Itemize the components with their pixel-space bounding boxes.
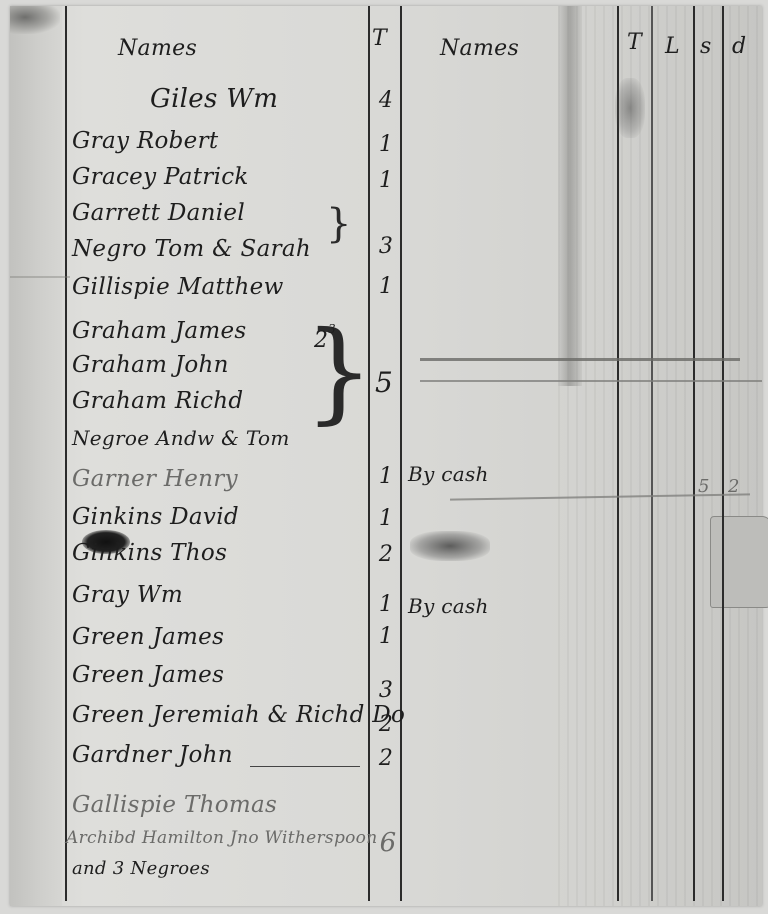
names-column-header: Names	[118, 36, 197, 61]
list-entry-count: 3	[374, 678, 398, 703]
payment-note: By cash	[408, 594, 489, 618]
list-entry-name: Garrett Daniel	[72, 200, 245, 226]
page-margin	[10, 6, 62, 906]
rule-line-t-col	[617, 6, 619, 901]
rule-line-l-col	[651, 6, 653, 901]
right-names-column-header: Names	[440, 36, 519, 61]
list-entry-count: 1	[374, 464, 398, 489]
rule-line-d-col	[722, 6, 724, 901]
amount-mark: 5	[698, 476, 710, 497]
list-entry-count: 1	[374, 506, 398, 531]
rule-line-s-col	[693, 6, 695, 901]
payment-note: By cash	[408, 462, 489, 486]
list-entry-count: 2	[374, 542, 398, 567]
list-entry-count: 2	[374, 712, 398, 737]
right-t-column-header: T	[627, 30, 642, 55]
fold-shadow	[558, 6, 582, 386]
list-entry-name: Gray Robert	[72, 128, 218, 154]
corner-stain	[10, 6, 60, 34]
pounds-column-header: L	[665, 34, 680, 59]
list-entry-name: Green James	[72, 662, 224, 688]
list-entry-count: 3	[374, 234, 398, 259]
list-entry-count: 4	[374, 88, 398, 113]
list-entry-name: Green Jeremiah & Richd Do	[72, 702, 405, 728]
list-entry-name: Giles Wm	[150, 84, 278, 114]
rule-line-count-right	[400, 6, 402, 901]
rule-line-left	[65, 6, 67, 901]
list-entry-name: and 3 Negroes	[72, 858, 210, 879]
tithes-column-header: T	[372, 26, 387, 51]
fold-crease	[420, 358, 740, 361]
document-page: Names T Names T L s d Giles Wm 4 Gray Ro…	[10, 6, 762, 906]
list-entry-name: Gray Wm	[72, 582, 183, 608]
list-entry-name: Ginkins Thos	[72, 540, 227, 566]
list-entry-name: Gallispie Thomas	[72, 792, 277, 818]
brace-annotation: }	[326, 201, 351, 247]
list-entry-count: 1	[374, 132, 398, 157]
list-entry-name: Graham Richd	[72, 388, 243, 414]
ruled-columns-area	[558, 6, 762, 906]
brace-annotation-superscript: 3	[328, 322, 336, 336]
list-entry-name: Gracey Patrick	[72, 164, 249, 190]
list-entry-name: Gardner John	[72, 742, 233, 768]
list-entry-name: Negro Tom & Sarah	[72, 236, 311, 262]
amount-mark: 2	[728, 476, 740, 497]
list-entry-name: Archibd Hamilton Jno Witherspoon	[66, 828, 377, 848]
brace-annotation: 2	[314, 328, 328, 353]
list-entry-name: Green James	[72, 624, 224, 650]
list-entry-name: Graham James	[72, 318, 246, 344]
paper-crack	[420, 380, 762, 382]
rule-line-count-left	[368, 6, 370, 901]
pence-column-header: d	[732, 34, 746, 59]
list-entry-count: 2	[374, 746, 398, 771]
list-entry-count: 6	[376, 828, 400, 858]
list-entry-name: Negroe Andw & Tom	[72, 426, 290, 450]
ink-smear	[410, 531, 490, 561]
list-entry-count: 1	[374, 168, 398, 193]
list-entry-count: 5	[372, 366, 396, 399]
list-entry-count: 1	[374, 274, 398, 299]
list-entry-count: 1	[374, 624, 398, 649]
list-entry-name: Garner Henry	[72, 466, 238, 492]
torn-paper-patch	[710, 516, 768, 608]
list-entry-name: Ginkins David	[72, 504, 239, 530]
list-entry-count: 1	[374, 592, 398, 617]
paper-crack	[10, 276, 70, 278]
list-entry-name: Graham John	[72, 352, 229, 378]
list-entry-name: Gillispie Matthew	[72, 274, 284, 300]
dash-line	[250, 766, 360, 767]
shillings-column-header: s	[700, 34, 712, 59]
ink-smear	[615, 78, 645, 138]
